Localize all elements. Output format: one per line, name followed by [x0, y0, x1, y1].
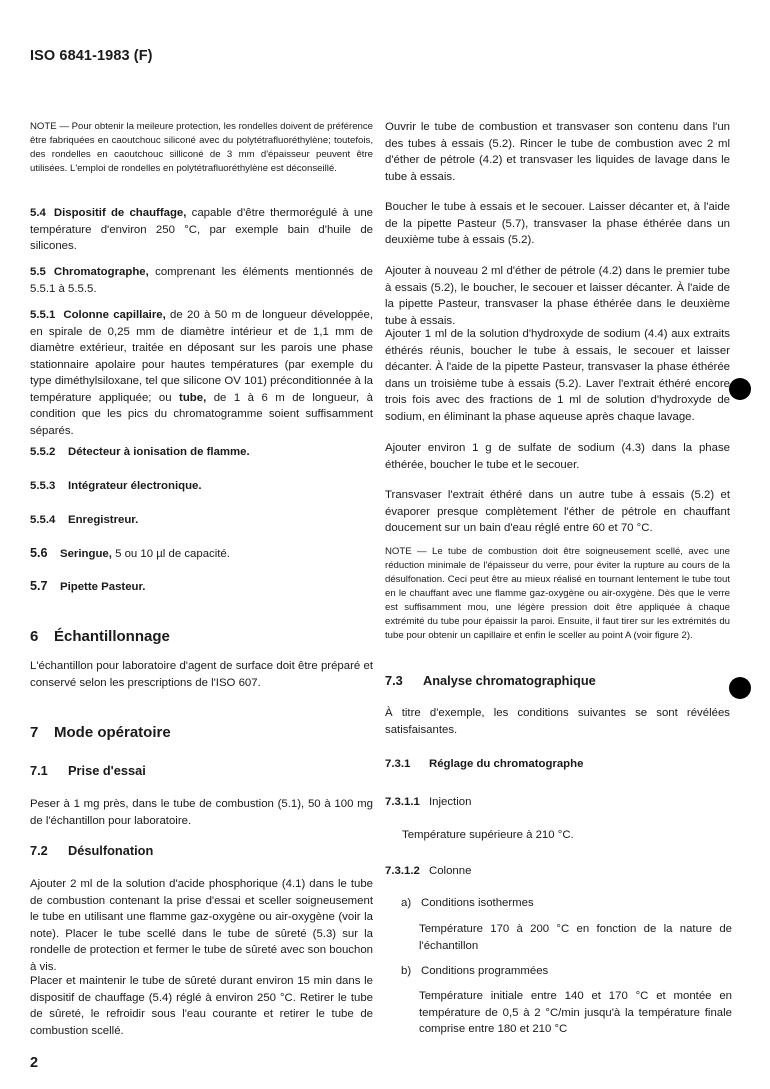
- list-label: b): [401, 965, 421, 977]
- section-7-heading: 7Mode opératoire: [30, 724, 171, 741]
- section-title: Réglage du chromatographe: [429, 758, 583, 770]
- section-number: 7.3.1.2: [385, 865, 429, 877]
- section-title: Détecteur à ionisation de flamme.: [68, 446, 250, 458]
- section-title: Enregistreur.: [68, 514, 138, 526]
- section-5-6: 5.6Seringue, 5 ou 10 µl de capacité.: [30, 545, 373, 563]
- section-7-2-heading: 7.2Désulfonation: [30, 843, 153, 858]
- margin-bullet-mark: [729, 677, 751, 699]
- section-term-tube: tube,: [179, 392, 206, 404]
- right-para-2: Boucher le tube à essais et le secouer. …: [385, 199, 730, 249]
- right-para-3: Ajouter à nouveau 2 ml d'éther de pétrol…: [385, 263, 730, 329]
- section-number: 6: [30, 628, 54, 645]
- section-number: 7.3.1.1: [385, 796, 429, 808]
- right-para-1: Ouvrir le tube de combustion et transvas…: [385, 119, 730, 185]
- section-7-2-para-1: Ajouter 2 ml de la solution d'acide phos…: [30, 876, 373, 975]
- section-5-4: 5.4Dispositif de chauffage, capable d'êt…: [30, 205, 373, 255]
- section-number: 7.3: [385, 673, 423, 688]
- document-page: ISO 6841-1983 (F) NOTE — Pour obtenir la…: [0, 0, 770, 1089]
- section-title: Analyse chromatographique: [423, 673, 596, 688]
- right-para-5: Ajouter environ 1 g de sulfate de sodium…: [385, 440, 730, 473]
- section-6-heading: 6Échantillonnage: [30, 628, 170, 645]
- section-number: 5.6: [30, 545, 60, 562]
- section-term: Chromatographe,: [54, 266, 149, 278]
- list-title: Conditions programmées: [421, 965, 548, 977]
- section-7-3-text: À titre d'exemple, les conditions suivan…: [385, 705, 730, 738]
- document-header-title: ISO 6841-1983 (F): [30, 48, 153, 64]
- section-title: Intégrateur électronique.: [68, 480, 202, 492]
- section-7-3-1-heading: 7.3.1Réglage du chromatographe: [385, 758, 583, 770]
- section-7-3-heading: 7.3Analyse chromatographique: [385, 673, 596, 688]
- section-number: 5.5.1: [30, 307, 55, 324]
- list-title: Conditions isothermes: [421, 897, 534, 909]
- list-item-b-title: b)Conditions programmées: [401, 965, 548, 977]
- section-number: 5.4: [30, 205, 46, 222]
- list-item-b-text: Température initiale entre 140 et 170 °C…: [419, 988, 732, 1038]
- section-term: Colonne capillaire,: [63, 309, 165, 321]
- section-6-text: L'échantillon pour laboratoire d'agent d…: [30, 658, 373, 691]
- section-7-3-1-1-text: Température supérieure à 210 °C.: [402, 827, 732, 844]
- right-para-6: Transvaser l'extrait éthéré dans un autr…: [385, 487, 730, 537]
- section-5-5-3: 5.5.3Intégrateur électronique.: [30, 480, 202, 492]
- section-5-5-1: 5.5.1Colonne capillaire, de 20 à 50 m de…: [30, 307, 373, 439]
- section-number: 7: [30, 724, 54, 741]
- section-number: 5.5: [30, 264, 46, 281]
- section-5-5-4: 5.5.4Enregistreur.: [30, 514, 138, 526]
- section-number: 7.1: [30, 763, 68, 778]
- section-title: Pipette Pasteur.: [60, 581, 145, 593]
- right-para-4: Ajouter 1 ml de la solution d'hydroxyde …: [385, 326, 730, 425]
- section-7-3-1-1-heading: 7.3.1.1Injection: [385, 796, 471, 808]
- list-item-a-text: Température 170 à 200 °C en fonction de …: [419, 921, 732, 954]
- section-title: Échantillonnage: [54, 628, 170, 645]
- section-5-5: 5.5Chromatographe, comprenant les élémen…: [30, 264, 373, 297]
- section-text: 5 ou 10 µl de capacité.: [112, 548, 230, 560]
- section-7-1-heading: 7.1Prise d'essai: [30, 763, 146, 778]
- section-7-1-text: Peser à 1 mg près, dans le tube de combu…: [30, 796, 373, 829]
- margin-bullet-mark: [729, 378, 751, 400]
- section-title: Mode opératoire: [54, 724, 171, 741]
- section-number: 5.5.4: [30, 514, 68, 526]
- section-term: Seringue,: [60, 548, 112, 560]
- section-number: 5.5.3: [30, 480, 68, 492]
- note-rondelles: NOTE — Pour obtenir la meileure protecti…: [30, 120, 373, 176]
- section-number: 7.2: [30, 843, 68, 858]
- section-term: Dispositif de chauffage,: [54, 207, 187, 219]
- section-title: Colonne: [429, 865, 471, 877]
- section-number: 5.7: [30, 579, 60, 593]
- page-number: 2: [30, 1055, 38, 1071]
- list-label: a): [401, 897, 421, 909]
- list-item-a-title: a)Conditions isothermes: [401, 897, 534, 909]
- section-7-2-para-2: Placer et maintenir le tube de sûreté du…: [30, 973, 373, 1039]
- section-text: de 20 à 50 m de longueur développée, en …: [30, 309, 373, 404]
- section-number: 5.5.2: [30, 446, 68, 458]
- section-title: Injection: [429, 796, 471, 808]
- section-title: Prise d'essai: [68, 763, 146, 778]
- section-5-5-2: 5.5.2Détecteur à ionisation de flamme.: [30, 446, 250, 458]
- section-7-3-1-2-heading: 7.3.1.2Colonne: [385, 865, 471, 877]
- note-combustion-tube: NOTE — Le tube de combustion doit être s…: [385, 545, 730, 643]
- section-title: Désulfonation: [68, 843, 153, 858]
- section-number: 7.3.1: [385, 758, 429, 770]
- section-5-7: 5.7Pipette Pasteur.: [30, 579, 145, 593]
